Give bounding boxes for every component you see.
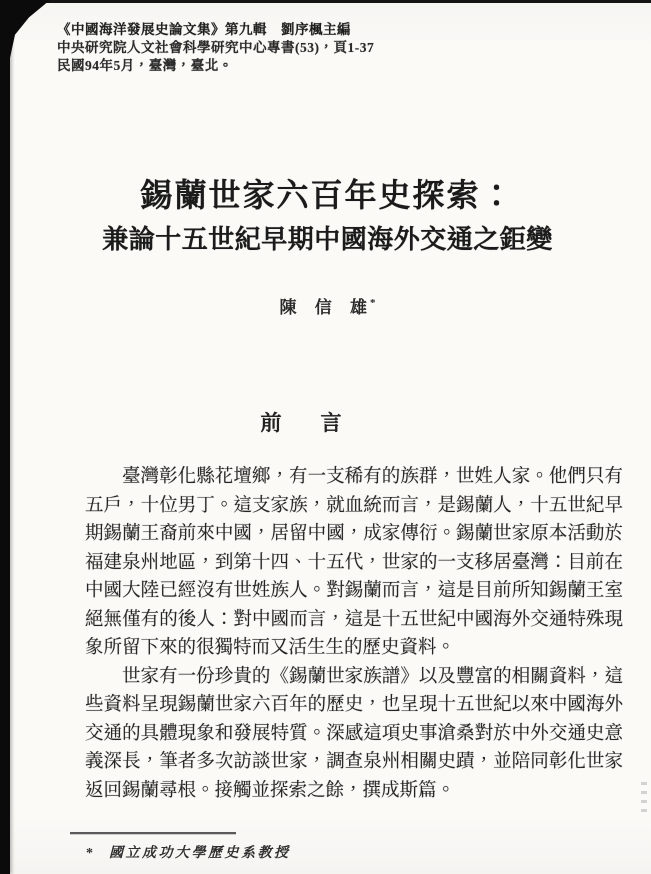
footnote-mark: * (86, 846, 93, 861)
footnote-separator-rule (70, 832, 236, 834)
footnote: *國立成功大學歷史系教授 (86, 842, 291, 862)
scan-binding-bar-artifact (0, 0, 10, 874)
author-name: 陳 信 雄 (280, 298, 375, 317)
scan-corner-blob-artifact (0, 0, 50, 58)
section-heading-preface: 前 言 (20, 407, 591, 437)
citation-date-line: 民國94年5月，臺灣，臺北。 (57, 57, 374, 75)
scan-top-edge-artifact (0, 0, 651, 3)
author-line: 陳 信 雄* (20, 293, 635, 318)
citation-series-title: 《中國海洋發展史論文集》第九輯 劉序楓主編 (57, 21, 374, 39)
paper-subtitle: 兼論十五世紀早期中國海外交通之鉅變 (20, 219, 635, 256)
scan-smudge-artifact (641, 782, 647, 816)
body-text: 臺灣彰化縣花壇鄉，有一支稀有的族群，世姓人家。他們只有五戶，十位男丁。這支家族，… (85, 463, 623, 805)
paragraph-1: 臺灣彰化縣花壇鄉，有一支稀有的族群，世姓人家。他們只有五戶，十位男丁。這支家族，… (85, 463, 623, 663)
citation-header: 《中國海洋發展史論文集》第九輯 劉序楓主編 中央研究院人文社會科學研究中心專書(… (57, 21, 374, 75)
citation-publisher-line: 中央研究院人文社會科學研究中心專書(53)，頁1-37 (57, 39, 374, 57)
paragraph-2: 世家有一份珍貴的《錫蘭世家族譜》以及豐富的相關資料，這些資料呈現錫蘭世家六百年的… (85, 663, 623, 806)
footnote-text: 國立成功大學歷史系教授 (109, 846, 291, 861)
scanned-paper-page: 《中國海洋發展史論文集》第九輯 劉序楓主編 中央研究院人文社會科學研究中心專書(… (0, 0, 651, 874)
paper-title: 錫蘭世家六百年史探索： (20, 170, 635, 216)
author-footnote-mark: * (370, 297, 376, 309)
